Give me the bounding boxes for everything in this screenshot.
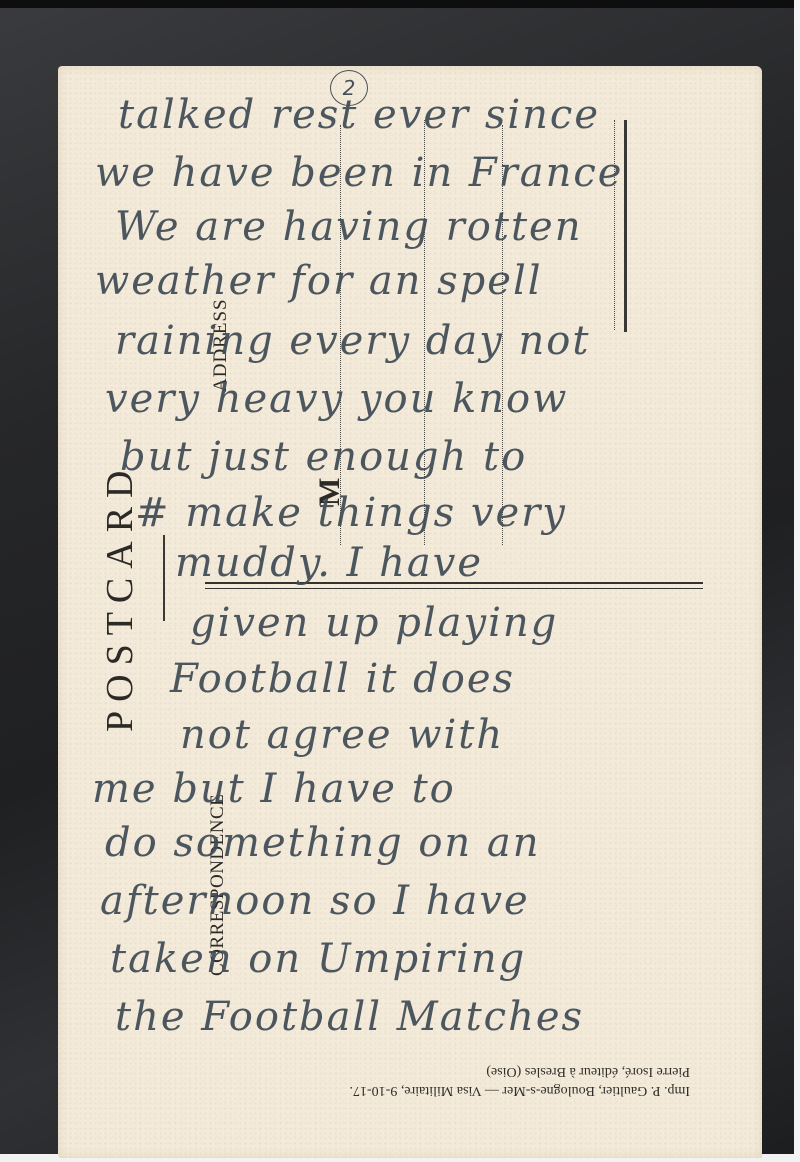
printer-imprint: Imp. P. Gaultier, Boulogne-s-Mer — Visa … <box>150 1062 710 1100</box>
handwritten-line: not agree with <box>0 712 800 758</box>
handwritten-line: We are having rotten <box>0 204 800 250</box>
handwritten-line: talked rest ever since <box>0 92 800 138</box>
handwritten-line: we have been in France <box>0 150 800 196</box>
mount-top-edge <box>0 0 800 8</box>
divider-double-line-bottom <box>205 588 703 589</box>
imprint-line-1: Imp. P. Gaultier, Boulogne-s-Mer — Visa … <box>150 1081 710 1100</box>
handwritten-line: weather for an spell <box>0 258 800 304</box>
handwritten-line: do something on an <box>0 820 800 866</box>
handwritten-line: the Football Matches <box>0 994 800 1040</box>
handwritten-line: taken on Umpiring <box>0 936 800 982</box>
handwritten-line: # make things very <box>0 490 800 536</box>
handwritten-line: raining every day not <box>0 318 800 364</box>
handwritten-line: very heavy you know <box>0 376 800 422</box>
handwritten-line: me but I have to <box>0 766 800 812</box>
handwritten-line: Football it does <box>0 656 800 702</box>
imprint-line-2: Pierre Isoré, éditeur à Bresles (Oise) <box>150 1062 710 1081</box>
handwritten-line: given up playing <box>0 600 800 646</box>
handwritten-line: afternoon so I have <box>0 878 800 924</box>
handwritten-line: muddy. I have <box>0 540 800 586</box>
handwritten-line: but just enough to <box>0 434 800 480</box>
